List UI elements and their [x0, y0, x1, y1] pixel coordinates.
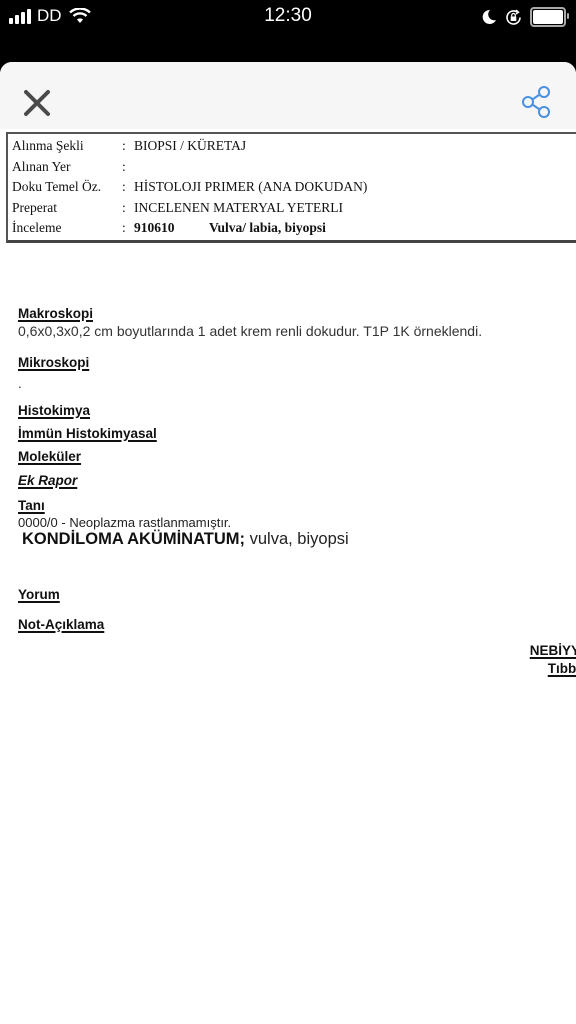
info-label: İnceleme: [12, 220, 122, 236]
tani-code-line: 0000/0 - Neoplazma rastlanmamıştır.: [18, 515, 231, 530]
info-label: Preperat: [12, 200, 122, 216]
info-value: BIOPSI / KÜRETAJ: [134, 138, 246, 154]
section-title-immun-histokimyasal: İmmün Histokimyasal: [18, 426, 157, 441]
moon-icon: [481, 9, 497, 25]
info-label: Alınma Şekli: [12, 138, 122, 154]
sheet-header: [0, 62, 576, 129]
info-colon: :: [122, 200, 134, 216]
report-sheet: Alınma Şekli : BIOPSI / KÜRETAJ Alınan Y…: [0, 62, 576, 1024]
signature-title: Tıbbi: [548, 661, 576, 676]
close-button[interactable]: [22, 88, 52, 118]
makroskopi-text: 0,6x0,3x0,2 cm boyutlarında 1 adet krem …: [18, 323, 482, 339]
info-row-preperat: Preperat : INCELENEN MATERYAL YETERLI: [12, 198, 576, 219]
battery-icon: [530, 7, 566, 27]
section-title-mikroskopi: Mikroskopi: [18, 355, 89, 370]
diagnosis-text: KONDİLOMA AKÜMİNATUM; vulva, biyopsi: [22, 530, 349, 549]
info-row-doku-temel: Doku Temel Öz. : HİSTOLOJI PRIMER (ANA D…: [12, 177, 576, 198]
section-title-not-aciklama: Not-Açıklama: [18, 617, 104, 632]
info-colon: :: [122, 179, 134, 195]
info-row-inceleme: İnceleme : 910610Vulva/ labia, biyopsi: [12, 218, 576, 239]
info-row-alinan-yer: Alınan Yer :: [12, 157, 576, 178]
inceleme-description: Vulva/ labia, biyopsi: [209, 220, 326, 235]
section-title-makroskopi: Makroskopi: [18, 306, 93, 321]
info-colon: :: [122, 138, 134, 154]
section-title-histokimya: Histokimya: [18, 403, 90, 418]
info-value: INCELENEN MATERYAL YETERLI: [134, 200, 343, 216]
info-label: Doku Temel Öz.: [12, 179, 122, 195]
diagnosis-detail: vulva, biyopsi: [245, 530, 349, 548]
share-button[interactable]: [518, 84, 554, 120]
inceleme-code: 910610: [134, 220, 209, 236]
specimen-info-table: Alınma Şekli : BIOPSI / KÜRETAJ Alınan Y…: [6, 132, 576, 243]
share-icon: [518, 84, 554, 120]
close-icon: [22, 88, 52, 118]
section-title-ek-rapor: Ek Rapor: [18, 473, 77, 488]
info-label: Alınan Yer: [12, 159, 122, 175]
diagnosis-name: KONDİLOMA AKÜMİNATUM;: [22, 530, 245, 548]
section-title-yorum: Yorum: [18, 587, 60, 602]
status-bar: DD 12:30: [0, 0, 576, 34]
info-colon: :: [122, 220, 134, 236]
section-title-molekuler: Moleküler: [18, 449, 81, 464]
info-colon: :: [122, 159, 134, 175]
mikroskopi-text: .: [18, 376, 22, 391]
section-title-tani: Tanı: [18, 498, 45, 513]
info-value: 910610Vulva/ labia, biyopsi: [134, 220, 326, 236]
info-value: HİSTOLOJI PRIMER (ANA DOKUDAN): [134, 179, 367, 195]
signature-name: NEBİYY: [530, 643, 576, 658]
orientation-lock-icon: [505, 9, 522, 26]
info-row-alinma-sekli: Alınma Şekli : BIOPSI / KÜRETAJ: [12, 136, 576, 157]
